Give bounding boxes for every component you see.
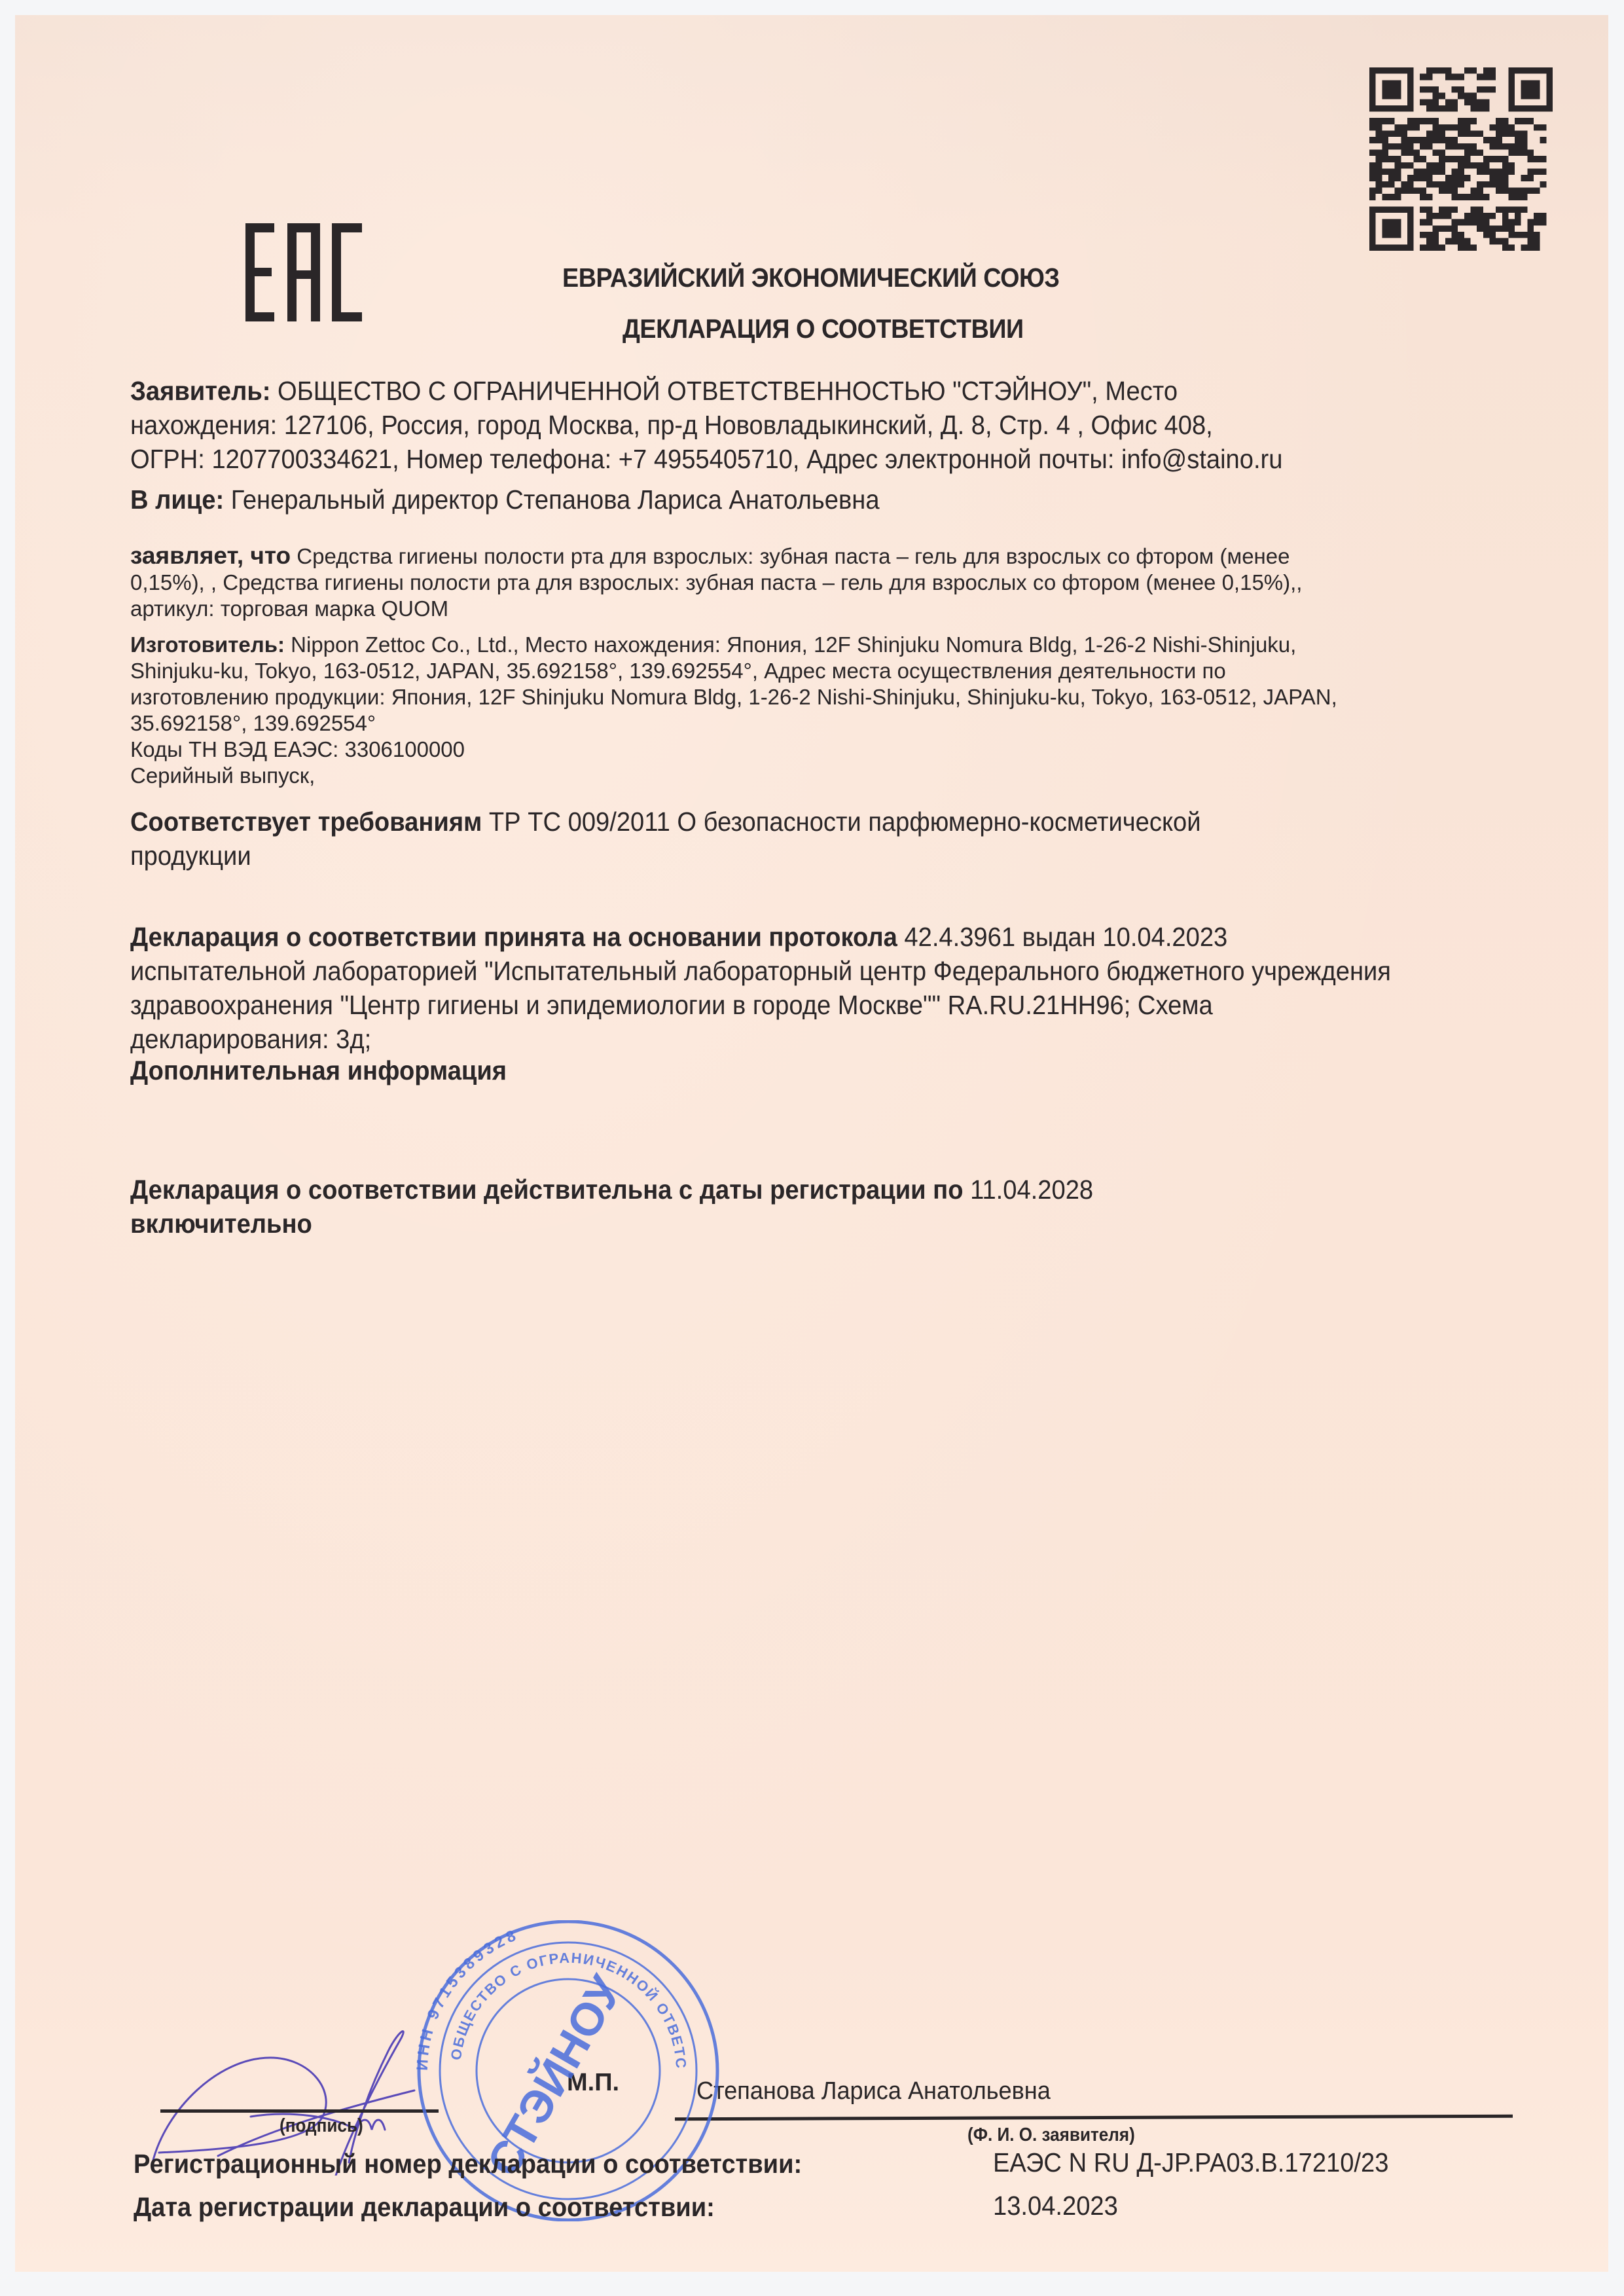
applicant-line: ОГРН: 1207700334621, Номер телефона: +7 … [130, 442, 1439, 476]
declaration-page: ЕВРАЗИЙСКИЙ ЭКОНОМИЧЕСКИЙ СОЮЗ ДЕКЛАРАЦИ… [15, 15, 1608, 2272]
signature-line [160, 2109, 439, 2113]
hs-codes: Коды ТН ВЭД ЕАЭС: 3306100000 [130, 737, 1538, 763]
basis-label: Декларация о соответствии принята на осн… [130, 922, 897, 952]
applicant-line: ОБЩЕСТВО С ОГРАНИЧЕННОЙ ОТВЕТСТВЕННОСТЬЮ… [270, 376, 1178, 406]
validity-suffix: включительно [130, 1207, 1439, 1241]
compliance-section: Соответствует требованиям ТР ТС 009/2011… [130, 805, 1538, 873]
compliance-line: ТР ТС 009/2011 О безопасности парфюмерно… [482, 807, 1200, 837]
manufacturer-line: изготовлению продукции: Япония, 12F Shin… [130, 684, 1538, 710]
manufacturer-line: 35.692158°, 139.692554° [130, 710, 1538, 737]
manufacturer-label: Изготовитель: [130, 632, 285, 657]
manufacturer-line: Nippon Zettoc Co., Ltd., Место нахождени… [285, 632, 1296, 657]
manufacturer-section: Изготовитель: Nippon Zettoc Co., Ltd., М… [130, 632, 1538, 789]
registration-date-label: Дата регистрации декларации о соответств… [134, 2190, 715, 2224]
qr-code-icon [1367, 67, 1555, 251]
basis-section: Декларация о соответствии принята на осн… [130, 920, 1538, 1056]
union-title: ЕВРАЗИЙСКИЙ ЭКОНОМИЧЕСКИЙ СОЮЗ [562, 263, 1060, 293]
validity-date: 11.04.2028 [964, 1175, 1094, 1205]
representative-section: В лице: Генеральный директор Степанова Л… [130, 483, 1538, 517]
release-type: Серийный выпуск, [130, 763, 1538, 789]
basis-line: испытательной лабораторией "Испытательны… [130, 954, 1439, 988]
eac-logo-icon [245, 223, 367, 321]
representative-label: В лице: [130, 484, 224, 515]
product-line: 0,15%), , Средства гигиены полости рта д… [130, 570, 1538, 596]
manufacturer-line: Shinjuku-ku, Tokyo, 163-0512, JAPAN, 35.… [130, 658, 1538, 684]
declares-label: заявляет, что [130, 542, 291, 569]
svg-text:ИНН 9715389328: ИНН 9715389328 [414, 1926, 522, 2071]
name-caption: (Ф. И. О. заявителя) [967, 2124, 1135, 2146]
additional-info-section: Дополнительная информация [130, 1053, 1538, 1087]
compliance-line: продукции [130, 839, 1439, 873]
name-line [675, 2115, 1513, 2121]
registration-number-label: Регистрационный номер декларации о соотв… [134, 2147, 802, 2181]
registration-number-value: ЕАЭС N RU Д-JP.РА03.В.17210/23 [993, 2145, 1388, 2179]
product-line: артикул: торговая марка QUOM [130, 596, 1538, 622]
applicant-label: Заявитель: [130, 376, 270, 406]
registration-date-value: 13.04.2023 [993, 2189, 1118, 2223]
compliance-label: Соответствует требованиям [130, 807, 482, 837]
additional-info-label: Дополнительная информация [130, 1053, 1439, 1087]
basis-line: декларирования: 3д; [130, 1022, 1439, 1056]
document-title: ДЕКЛАРАЦИЯ О СООТВЕТСТВИИ [623, 314, 1024, 344]
validity-section: Декларация о соответствии действительна … [130, 1173, 1538, 1241]
applicant-name: Степанова Лариса Анатольевна [696, 2077, 1051, 2105]
applicant-line: нахождения: 127106, Россия, город Москва… [130, 408, 1439, 442]
basis-line: здравоохранения "Центр гигиены и эпидеми… [130, 988, 1439, 1022]
declares-section: заявляет, что Средства гигиены полости р… [130, 543, 1538, 622]
signature-caption: (подпись) [280, 2115, 363, 2137]
product-line: Средства гигиены полости рта для взрослы… [291, 544, 1290, 568]
applicant-section: Заявитель: ОБЩЕСТВО С ОГРАНИЧЕННОЙ ОТВЕТ… [130, 374, 1538, 476]
representative-value: Генеральный директор Степанова Лариса Ан… [224, 484, 879, 515]
basis-line: 42.4.3961 выдан 10.04.2023 [897, 922, 1227, 952]
validity-label: Декларация о соответствии действительна … [130, 1175, 964, 1205]
